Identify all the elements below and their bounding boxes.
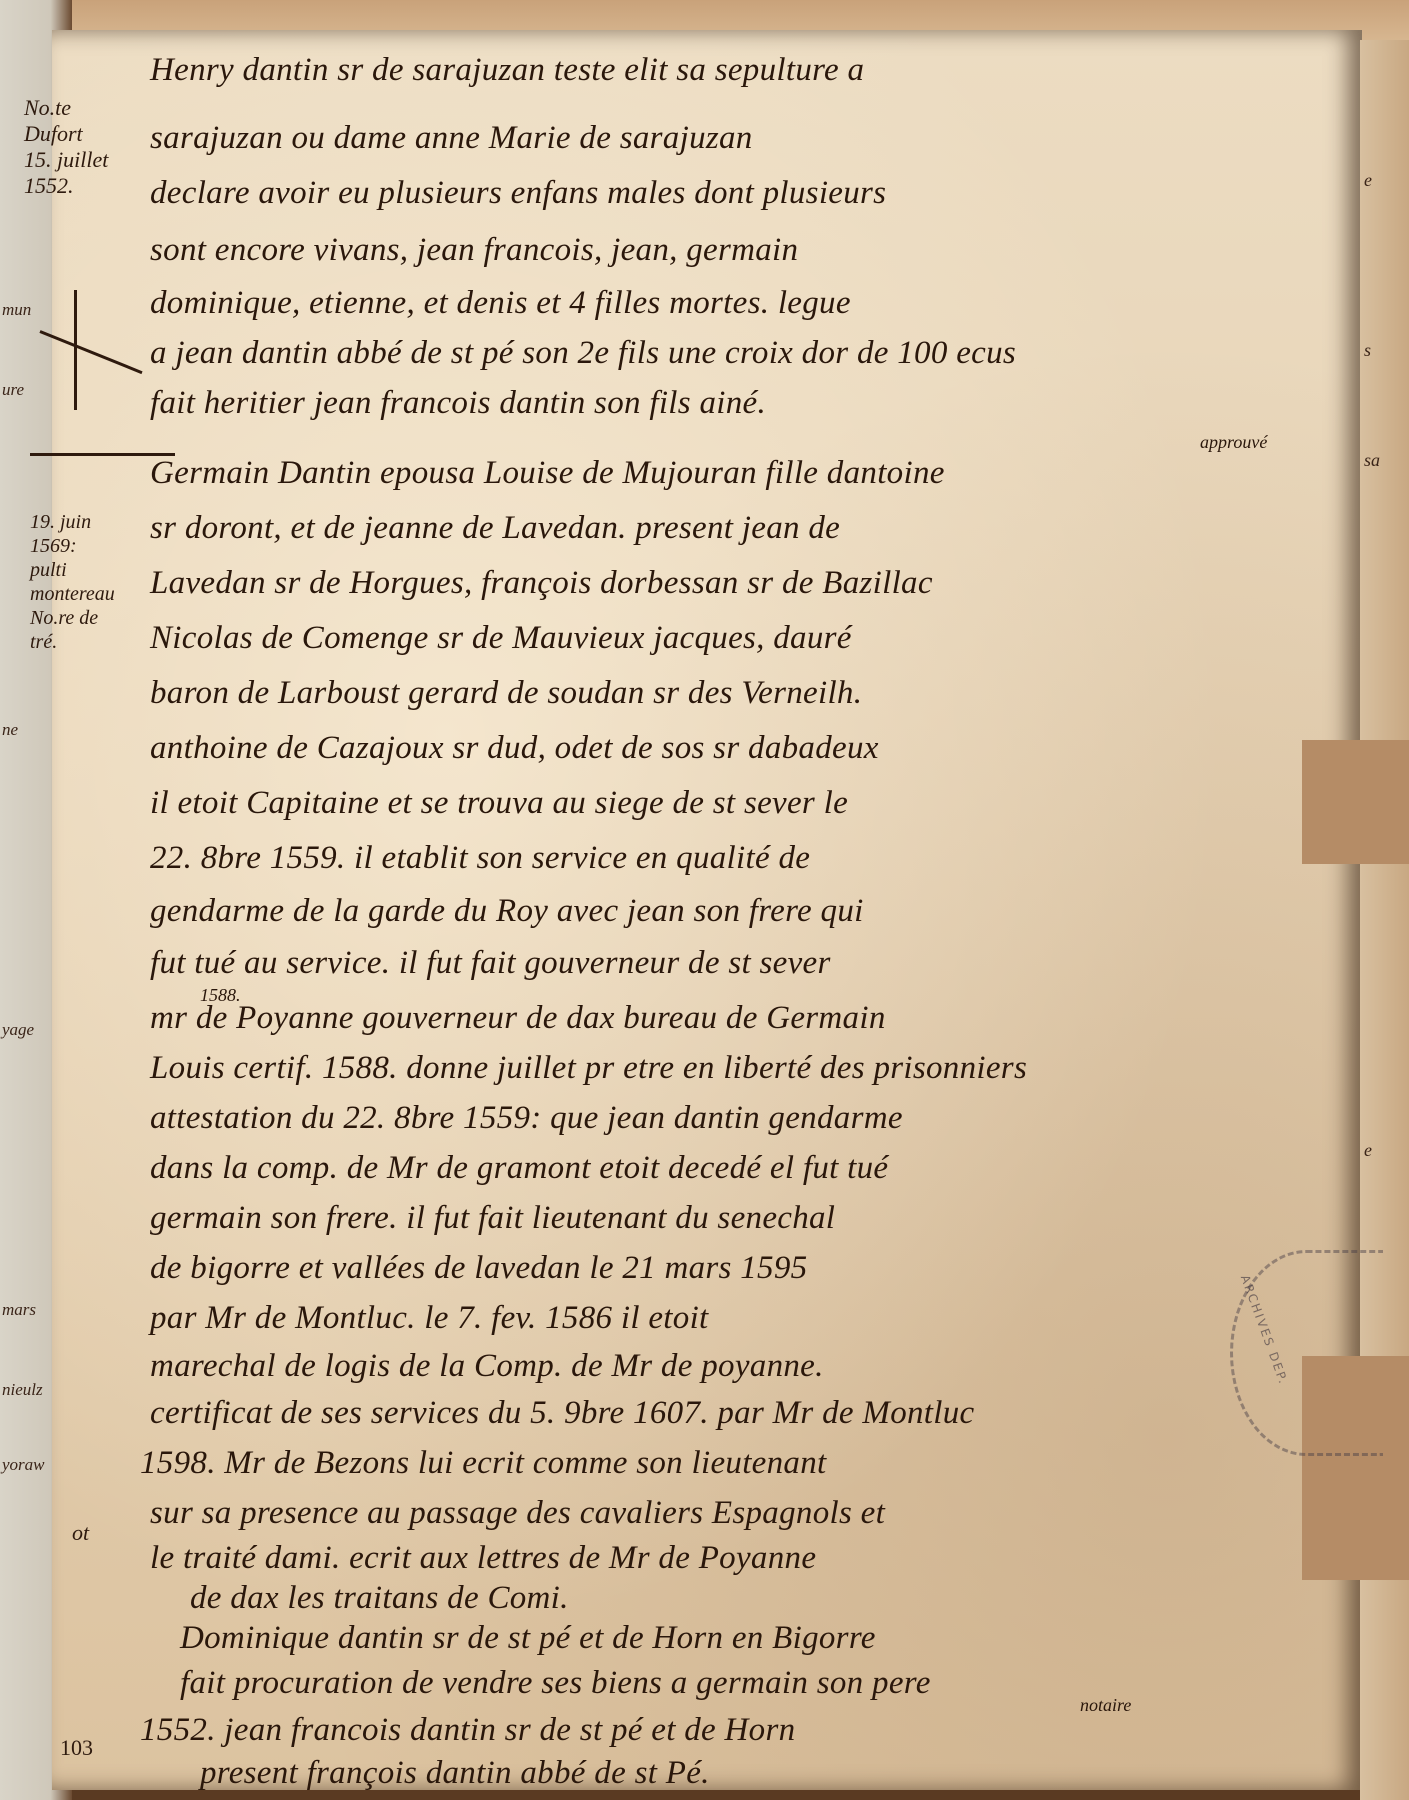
redaction-box xyxy=(1302,740,1409,864)
interlinear-note: 1588. xyxy=(200,985,241,1006)
manuscript-line: Germain Dantin epousa Louise de Mujouran… xyxy=(150,455,945,492)
manuscript-line: 22. 8bre 1559. il etablit son service en… xyxy=(150,840,810,877)
manuscript-line: fait procuration de vendre ses biens a g… xyxy=(180,1665,931,1702)
archive-stamp-text: ARCHIVES DEP. xyxy=(1238,1273,1291,1387)
margin-note-ot: ot xyxy=(72,1520,89,1546)
manuscript-line: fait heritier jean francois dantin son f… xyxy=(150,385,766,422)
manuscript-line: present françois dantin abbé de st Pé. xyxy=(200,1755,710,1792)
manuscript-line: le traité dami. ecrit aux lettres de Mr … xyxy=(150,1540,816,1577)
manuscript-line: sont encore vivans, jean francois, jean,… xyxy=(150,232,798,269)
manuscript-line: dominique, etienne, et denis et 4 filles… xyxy=(150,285,851,322)
page-number: 103 xyxy=(60,1735,93,1761)
facing-page-fragment: yage xyxy=(2,1020,34,1040)
facing-page-fragment: nieulz xyxy=(2,1380,43,1400)
right-edge-fragment: sa xyxy=(1364,450,1380,471)
manuscript-line: par Mr de Montluc. le 7. fev. 1586 il et… xyxy=(150,1300,709,1337)
manuscript-line: Henry dantin sr de sarajuzan teste elit … xyxy=(150,52,864,89)
manuscript-line: sur sa presence au passage des cavaliers… xyxy=(150,1495,885,1532)
manuscript-line: Nicolas de Comenge sr de Mauvieux jacque… xyxy=(150,620,852,657)
manuscript-line: de dax les traitans de Comi. xyxy=(190,1580,569,1617)
right-edge-fragment: s xyxy=(1364,340,1371,361)
manuscript-line: Dominique dantin sr de st pé et de Horn … xyxy=(180,1620,876,1657)
margin-note-date-1552: No.te Dufort 15. juillet 1552. xyxy=(24,95,108,199)
manuscript-line: sarajuzan ou dame anne Marie de sarajuza… xyxy=(150,120,753,157)
manuscript-line: certificat de ses services du 5. 9bre 16… xyxy=(150,1395,975,1432)
manuscript-line: fut tué au service. il fut fait gouverne… xyxy=(150,945,831,982)
manuscript-line: mr de Poyanne gouverneur de dax bureau d… xyxy=(150,1000,886,1037)
facing-page-fragment: yoraw xyxy=(2,1455,45,1475)
right-edge-fragment: e xyxy=(1364,1140,1372,1161)
margin-cross-vertical xyxy=(74,290,77,410)
manuscript-line: dans la comp. de Mr de gramont etoit dec… xyxy=(150,1150,888,1187)
manuscript-line: Lavedan sr de Horgues, françois dorbessa… xyxy=(150,565,933,602)
manuscript-line: 1598. Mr de Bezons lui ecrit comme son l… xyxy=(140,1445,827,1482)
facing-page-fragment: mun xyxy=(2,300,31,320)
manuscript-line: baron de Larboust gerard de soudan sr de… xyxy=(150,675,862,712)
manuscript-line: attestation du 22. 8bre 1559: que jean d… xyxy=(150,1100,903,1137)
right-edge-fragment: e xyxy=(1364,170,1372,191)
facing-page-fragment: mars xyxy=(2,1300,36,1320)
manuscript-line: marechal de logis de la Comp. de Mr de p… xyxy=(150,1348,824,1385)
manuscript-line: a jean dantin abbé de st pé son 2e fils … xyxy=(150,335,1016,372)
manuscript-line: 1552. jean francois dantin sr de st pé e… xyxy=(140,1712,795,1749)
manuscript-line: sr doront, et de jeanne de Lavedan. pres… xyxy=(150,510,840,547)
margin-note-date-1569: 19. juin 1569: pulti montereau No.re de … xyxy=(30,510,115,654)
archive-stamp: ARCHIVES DEP. xyxy=(1230,1250,1383,1456)
manuscript-line: anthoine de Cazajoux sr dud, odet de sos… xyxy=(150,730,879,767)
facing-page-fragment: ne xyxy=(2,720,18,740)
manuscript-line: de bigorre et vallées de lavedan le 21 m… xyxy=(150,1250,807,1287)
manuscript-line: Louis certif. 1588. donne juillet pr etr… xyxy=(150,1050,1027,1087)
manuscript-line: declare avoir eu plusieurs enfans males … xyxy=(150,175,886,212)
facing-page-fragment: ure xyxy=(2,380,24,400)
interlinear-note: notaire xyxy=(1080,1695,1131,1716)
manuscript-line: gendarme de la garde du Roy avec jean so… xyxy=(150,893,864,930)
manuscript-line: germain son frere. il fut fait lieutenan… xyxy=(150,1200,835,1237)
interlinear-note: approuvé xyxy=(1200,432,1267,453)
manuscript-line: il etoit Capitaine et se trouva au siege… xyxy=(150,785,848,822)
